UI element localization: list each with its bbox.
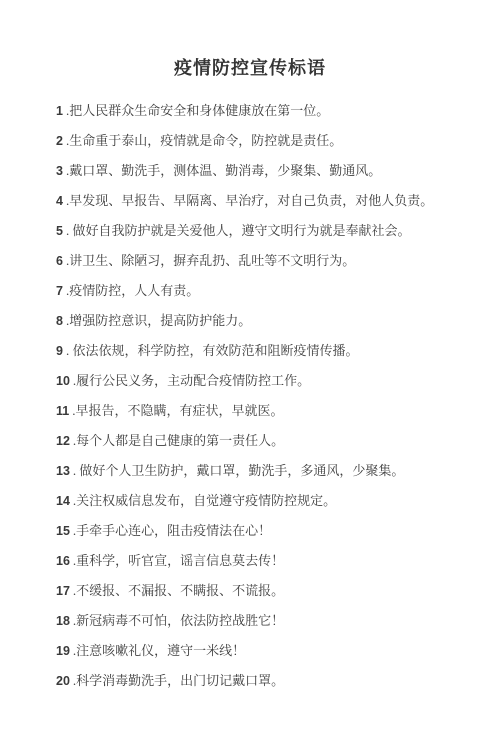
item-text: 早报告，不隐瞒，有症状，早就医。	[75, 403, 283, 418]
slogan-item: 18.新冠病毒不可怕，依法防控战胜它！	[56, 606, 464, 636]
slogan-list: 1.把人民群众生命安全和身体健康放在第一位。2.生命重于泰山，疫情就是命令，防控…	[0, 96, 500, 696]
item-text: 关注权威信息发布，自觉遵守疫情防控规定。	[76, 493, 336, 508]
slogan-item: 7.疫情防控，人人有责。	[56, 276, 464, 306]
item-number: 9	[56, 344, 63, 358]
item-number: 18	[56, 614, 70, 628]
item-text: 讲卫生、除陋习，摒弃乱扔、乱吐等不文明行为。	[69, 253, 355, 268]
item-number: 12	[56, 434, 70, 448]
item-number: 20	[56, 674, 70, 688]
item-number: 17	[56, 584, 70, 598]
item-text: 早发现、早报告、早隔离、早治疗，对自己负责，对他人负责。	[69, 193, 433, 208]
slogan-item: 15.手牵手心连心，阻击疫情法在心！	[56, 516, 464, 546]
item-number: 15	[56, 524, 70, 538]
item-number: 11	[56, 404, 69, 418]
item-number: 6	[56, 254, 63, 268]
slogan-item: 5. 做好自我防护就是关爱他人，遵守文明行为就是奉献社会。	[56, 216, 464, 246]
item-text: 新冠病毒不可怕，依法防控战胜它！	[76, 613, 284, 628]
slogan-item: 12.每个人都是自己健康的第一责任人。	[56, 426, 464, 456]
slogan-item: 2.生命重于泰山，疫情就是命令，防控就是责任。	[56, 126, 464, 156]
slogan-item: 11.早报告，不隐瞒，有症状，早就医。	[56, 396, 464, 426]
item-number: 14	[56, 494, 70, 508]
slogan-item: 3.戴口罩、勤洗手，测体温、勤消毒，少聚集、勤通风。	[56, 156, 464, 186]
item-text: 增强防控意识，提高防护能力。	[69, 313, 251, 328]
slogan-item: 20.科学消毒勤洗手，出门切记戴口罩。	[56, 666, 464, 696]
item-number: 19	[56, 644, 70, 658]
item-text: 疫情防控，人人有责。	[69, 283, 199, 298]
item-number: 4	[56, 194, 63, 208]
item-number: 10	[56, 374, 70, 388]
slogan-item: 19.注意咳嗽礼仪，遵守一米线！	[56, 636, 464, 666]
item-number: 3	[56, 164, 63, 178]
slogan-item: 14.关注权威信息发布，自觉遵守疫情防控规定。	[56, 486, 464, 516]
item-text: 做好个人卫生防护，戴口罩，勤洗手，多通风，少聚集。	[76, 463, 404, 478]
slogan-item: 13. 做好个人卫生防护，戴口罩，勤洗手，多通风，少聚集。	[56, 456, 464, 486]
item-number: 7	[56, 284, 63, 298]
item-text: 手牵手心连心，阻击疫情法在心！	[76, 523, 271, 538]
item-number: 1	[56, 104, 63, 118]
item-text: 把人民群众生命安全和身体健康放在第一位。	[69, 103, 329, 118]
item-number: 16	[56, 554, 70, 568]
item-text: 不缓报、不漏报、不瞒报、不谎报。	[76, 583, 284, 598]
slogan-item: 4.早发现、早报告、早隔离、早治疗，对自己负责，对他人负责。	[56, 186, 464, 216]
item-text: 注意咳嗽礼仪，遵守一米线！	[76, 643, 245, 658]
document-page: 疫情防控宣传标语 1.把人民群众生命安全和身体健康放在第一位。2.生命重于泰山，…	[0, 0, 500, 741]
slogan-item: 16.重科学，听官宣，谣言信息莫去传！	[56, 546, 464, 576]
slogan-item: 8.增强防控意识，提高防护能力。	[56, 306, 464, 336]
item-number: 2	[56, 134, 63, 148]
item-text: 生命重于泰山，疫情就是命令，防控就是责任。	[69, 133, 342, 148]
slogan-item: 10.履行公民义务，主动配合疫情防控工作。	[56, 366, 464, 396]
document-title: 疫情防控宣传标语	[0, 55, 500, 81]
item-text: 做好自我防护就是关爱他人，遵守文明行为就是奉献社会。	[69, 223, 410, 238]
item-number: 8	[56, 314, 63, 328]
slogan-item: 6.讲卫生、除陋习，摒弃乱扔、乱吐等不文明行为。	[56, 246, 464, 276]
item-text: 科学消毒勤洗手，出门切记戴口罩。	[76, 673, 284, 688]
item-text: 重科学，听官宣，谣言信息莫去传！	[76, 553, 284, 568]
item-text: 履行公民义务，主动配合疫情防控工作。	[76, 373, 310, 388]
item-text: 依法依规，科学防控，有效防范和阻断疫情传播。	[69, 343, 358, 358]
page-background: { "document": { "title": "疫情防控宣传标语", "se…	[0, 0, 500, 741]
slogan-item: 17.不缓报、不漏报、不瞒报、不谎报。	[56, 576, 464, 606]
slogan-item: 1.把人民群众生命安全和身体健康放在第一位。	[56, 96, 464, 126]
slogan-item: 9. 依法依规，科学防控，有效防范和阻断疫情传播。	[56, 336, 464, 366]
item-text: 每个人都是自己健康的第一责任人。	[76, 433, 284, 448]
item-text: 戴口罩、勤洗手，测体温、勤消毒，少聚集、勤通风。	[69, 163, 381, 178]
item-number: 13	[56, 464, 70, 478]
item-number: 5	[56, 224, 63, 238]
